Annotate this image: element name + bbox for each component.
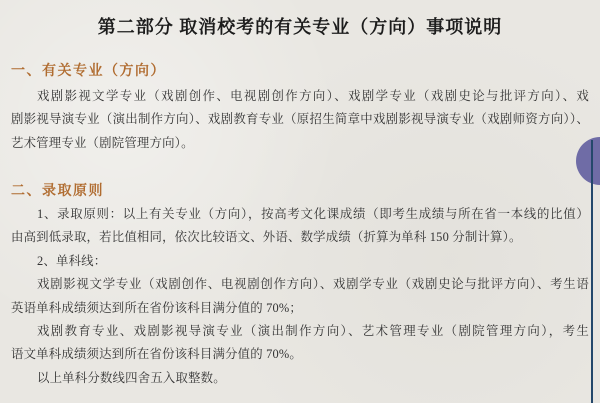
text-line: 以上单科分数线四舍五入取整数。 <box>11 367 589 390</box>
text-line: 2、单科线： <box>11 250 589 273</box>
text-line: 戏剧影视文学专业（戏剧创作、电视剧创作方向）、戏剧学专业（戏剧史论与批评方向）、… <box>11 273 589 296</box>
text-line: 艺术管理专业（剧院管理方向）。 <box>11 132 589 155</box>
scroll-line-icon <box>591 140 593 403</box>
text-line: 由高到低录取，若比值相同，依次比较语文、外语、数学成绩（折算为单科 150 分制… <box>11 226 589 249</box>
section-1-heading: 一、有关专业（方向） <box>11 60 166 80</box>
section-2-paragraph: 1、录取原则：以上有关专业（方向），按高考文化课成绩（即考生成绩与所在省一本线的… <box>11 203 589 390</box>
text-line: 英语单科成绩须达到所在省份该科目满分值的 70%； <box>11 297 589 320</box>
page-title: 第二部分 取消校考的有关专业（方向）事项说明 <box>0 13 600 39</box>
text-line: 语文单科成绩须达到所在省份该科目满分值的 70%。 <box>11 343 589 366</box>
text-line: 剧影视导演专业（演出制作方向）、戏剧教育专业（原招生简章中戏剧影视导演专业（戏剧… <box>11 108 589 131</box>
text-line: 戏剧影视文学专业（戏剧创作、电视剧创作方向）、戏剧学专业（戏剧史论与批评方向）、… <box>11 85 589 108</box>
section-1-paragraph: 戏剧影视文学专业（戏剧创作、电视剧创作方向）、戏剧学专业（戏剧史论与批评方向）、… <box>11 85 589 155</box>
text-line: 戏剧教育专业、戏剧影视导演专业（演出制作方向）、艺术管理专业（剧院管理方向），考… <box>11 320 589 343</box>
document-page: 第二部分 取消校考的有关专业（方向）事项说明 一、有关专业（方向） 戏剧影视文学… <box>0 0 600 403</box>
section-2-heading: 二、录取原则 <box>11 180 104 200</box>
text-line: 1、录取原则：以上有关专业（方向），按高考文化课成绩（即考生成绩与所在省一本线的… <box>11 203 589 226</box>
